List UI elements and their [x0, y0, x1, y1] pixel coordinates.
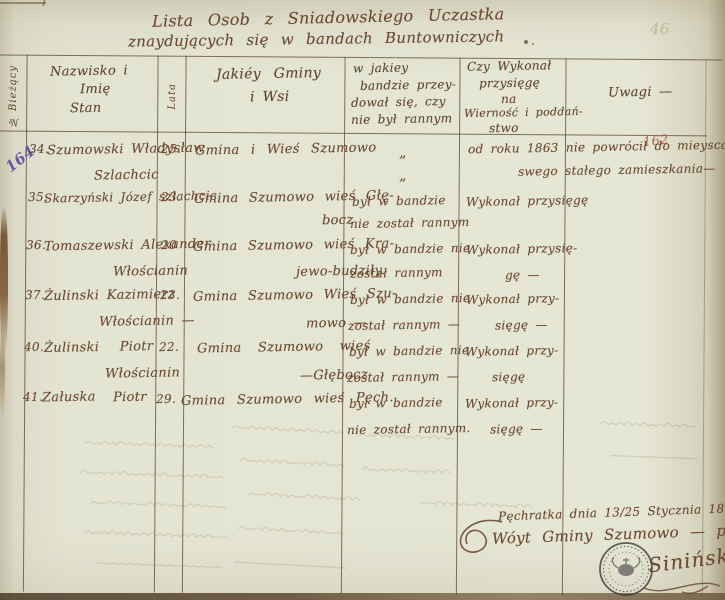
row-age: 23. [161, 190, 181, 204]
row-oath-1: Wykonał przysięgę [466, 193, 589, 209]
col-header-oath-5: stwo [489, 121, 519, 136]
row-oath-1: Wykonał przy- [465, 395, 559, 411]
col-header-band-2: bandzie przey- [360, 77, 456, 93]
row-band-1: był w bandzie [349, 395, 443, 411]
row-status: Włościanin [105, 365, 180, 381]
row-name: Szumowski Władysław [47, 141, 205, 159]
col-header-name-2: Imię [80, 82, 111, 98]
row-age: 23. [160, 288, 180, 302]
row-number: 41. [23, 390, 43, 404]
grid-line-header-bottom [0, 130, 707, 136]
grid-line-header-top [0, 54, 722, 60]
row-number: 37. [25, 288, 45, 302]
document-page: Lista Osob z Sniadowskiego Uczastka znay… [0, 0, 725, 600]
row-name: Żulinski Piotr [44, 339, 154, 356]
row-status: Włościanin — [99, 313, 195, 330]
row-oath-2: gę — [505, 268, 540, 283]
row-oath-2: sięgę — [490, 422, 543, 437]
row-band-2: nie został rannym [350, 215, 470, 231]
row-band-ditto-1: „ [399, 145, 407, 161]
row-oath-1: Wykonał przysię- [466, 241, 578, 257]
col-header-gmina-2: i Wsi [250, 89, 290, 106]
row-band-ditto-2: „ [399, 168, 407, 184]
row-name: Żulinski Kazimierz [44, 287, 175, 304]
col-header-oath-2: przysięgę [479, 75, 540, 90]
col-header-age: Lata [160, 62, 184, 130]
row-oath-1: Wykonał przy- [465, 343, 559, 359]
col-header-age-label: Lata [167, 83, 178, 110]
row-age: 29. [156, 392, 176, 406]
row-number: 40. [24, 340, 44, 354]
row-gmina-cont: bocz [322, 213, 354, 229]
row-age: 20 [161, 238, 177, 252]
col-header-oath-1: Czy Wykonał [467, 58, 552, 73]
row-gmina: Gmina Szumowo wieś [197, 338, 371, 356]
row-band-1: był w bandzie nie [350, 241, 471, 257]
row-age: 25. [161, 142, 181, 156]
row-status: Szlachcic [94, 167, 159, 183]
col-header-band-4: nie był rannym [351, 111, 453, 127]
col-header-gmina-1: Jakiéy Gminy [216, 65, 321, 83]
row-status: Włościanin [113, 263, 188, 279]
col-header-band-1: w jakiey [353, 61, 409, 76]
row-name-given: Piotr [113, 390, 147, 406]
row-age: 22. [159, 340, 179, 354]
col-header-no: № Bieżący [0, 60, 26, 132]
row-gmina: Gmina i Wieś Szumowo [195, 140, 377, 158]
row-band-2: został rannym — [348, 317, 460, 333]
col-header-no-label: № Bieżący [8, 65, 19, 127]
row-oath-2: sięgę [492, 370, 526, 385]
col-header-name-3: Stan [70, 101, 102, 117]
row-oath-1: Wykonał przy- [466, 291, 560, 307]
grid-line-vertical-no [23, 55, 28, 592]
col-header-oath-3: na [501, 92, 517, 106]
row-band-2: został rannym [350, 265, 443, 281]
signature-underline-flourish [642, 576, 722, 598]
faint-page-number: 46 [650, 20, 670, 38]
col-header-band-3: dował się, czy [351, 94, 446, 110]
row-band-1: był w bandzie [352, 193, 446, 209]
row-band-2: został rannym — [347, 369, 459, 385]
col-header-name-1: Nazwisko i [50, 63, 128, 79]
row-name: Załuska [42, 390, 96, 406]
col-header-remarks: Uwagi — [608, 84, 673, 100]
col-header-oath-4: Wierność i poddań- [464, 105, 583, 120]
row-band-1: był w bandzie nie [350, 291, 471, 307]
row-name: Tomaszewski Alexander [44, 237, 211, 255]
row-oath-2: sięgę — [495, 318, 548, 333]
row-band-1: był w bandzie nie [349, 343, 470, 359]
